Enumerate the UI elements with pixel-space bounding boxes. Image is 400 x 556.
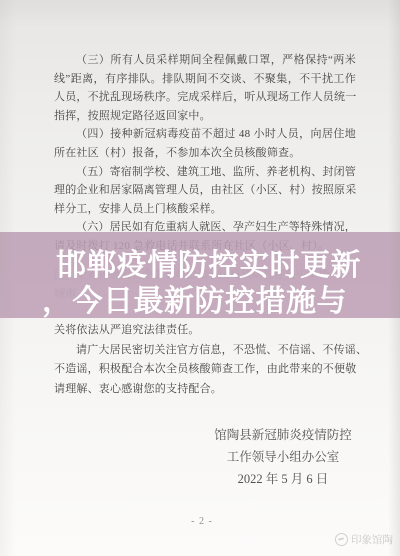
doc-line: （五）寄宿制学校、建筑工地、监所、养老机构、封闭管 — [54, 163, 356, 182]
document-text-block-lower: 关将依法从严追究法律责任。 请广大居民密切关注官方信息，不恐慌、不信谣、不传谣、… — [54, 321, 356, 400]
doc-line: 人员，不扰乱现场秩序。完成采样后，听从现场工作人员统一 — [54, 88, 356, 107]
page-number: - 2 - — [2, 516, 400, 527]
watermark-logo-icon — [335, 533, 348, 546]
doc-line: 请广大居民密切关注官方信息，不恐慌、不信谣、不传谣、 — [54, 341, 356, 361]
signature-date: 2022 年 5 月 6 日 — [210, 468, 356, 490]
doc-line: 关将依法从严追究法律责任。 — [54, 321, 356, 341]
doc-line: （四）接种新冠病毒疫苗不超过 48 小时人员，向居住地 — [54, 125, 356, 144]
doc-line: （三）所有人员采样期间全程佩戴口罩，严格保持“两米 — [54, 51, 356, 70]
news-title-line1: 邯郸疫情防控实时更新 — [56, 248, 400, 284]
document-text-block: （三）所有人员采样期间全程佩戴口罩，严格保持“两米 线”距离，有序排队。排队期间… — [54, 51, 356, 256]
doc-line: 样分工，安排人员上门核酸采样。 — [54, 200, 356, 219]
signature-office-line1: 馆陶县新冠肺炎疫情防控 — [210, 424, 356, 446]
signature-office-line2: 工作领导小组办公室 — [210, 446, 356, 468]
news-title-line2: ，今日最新防控措施与 — [42, 284, 400, 318]
doc-line: 所在社区（村）报备，不参加本次全员核酸筛查。 — [54, 144, 356, 163]
doc-line: 理的企业和居家隔离管理人员，由社区（小区、村）按照原采 — [54, 181, 356, 200]
watermark: 印象馆陶 — [335, 532, 393, 547]
doc-line: 不造谣，积极配合本次全员核酸筛查工作，由此带来的不便敬 — [54, 360, 356, 380]
doc-line: 请理解、衷心感谢您的支持配合。 — [54, 380, 356, 400]
news-title-banner: 邯郸疫情防控实时更新 ，今日最新防控措施与 — [0, 232, 400, 318]
watermark-label: 印象馆陶 — [351, 532, 393, 547]
document-photo: （三）所有人员采样期间全程佩戴口罩，严格保持“两米 线”距离，有序排队。排队期间… — [0, 0, 400, 556]
doc-line: 线”距离，有序排队。排队期间不交谈、不聚集，不干扰工作 — [54, 70, 356, 89]
signature-block: 馆陶县新冠肺炎疫情防控 工作领导小组办公室 2022 年 5 月 6 日 — [210, 424, 356, 490]
doc-line: 指挥，按照规定路径返回家中。 — [54, 107, 356, 126]
